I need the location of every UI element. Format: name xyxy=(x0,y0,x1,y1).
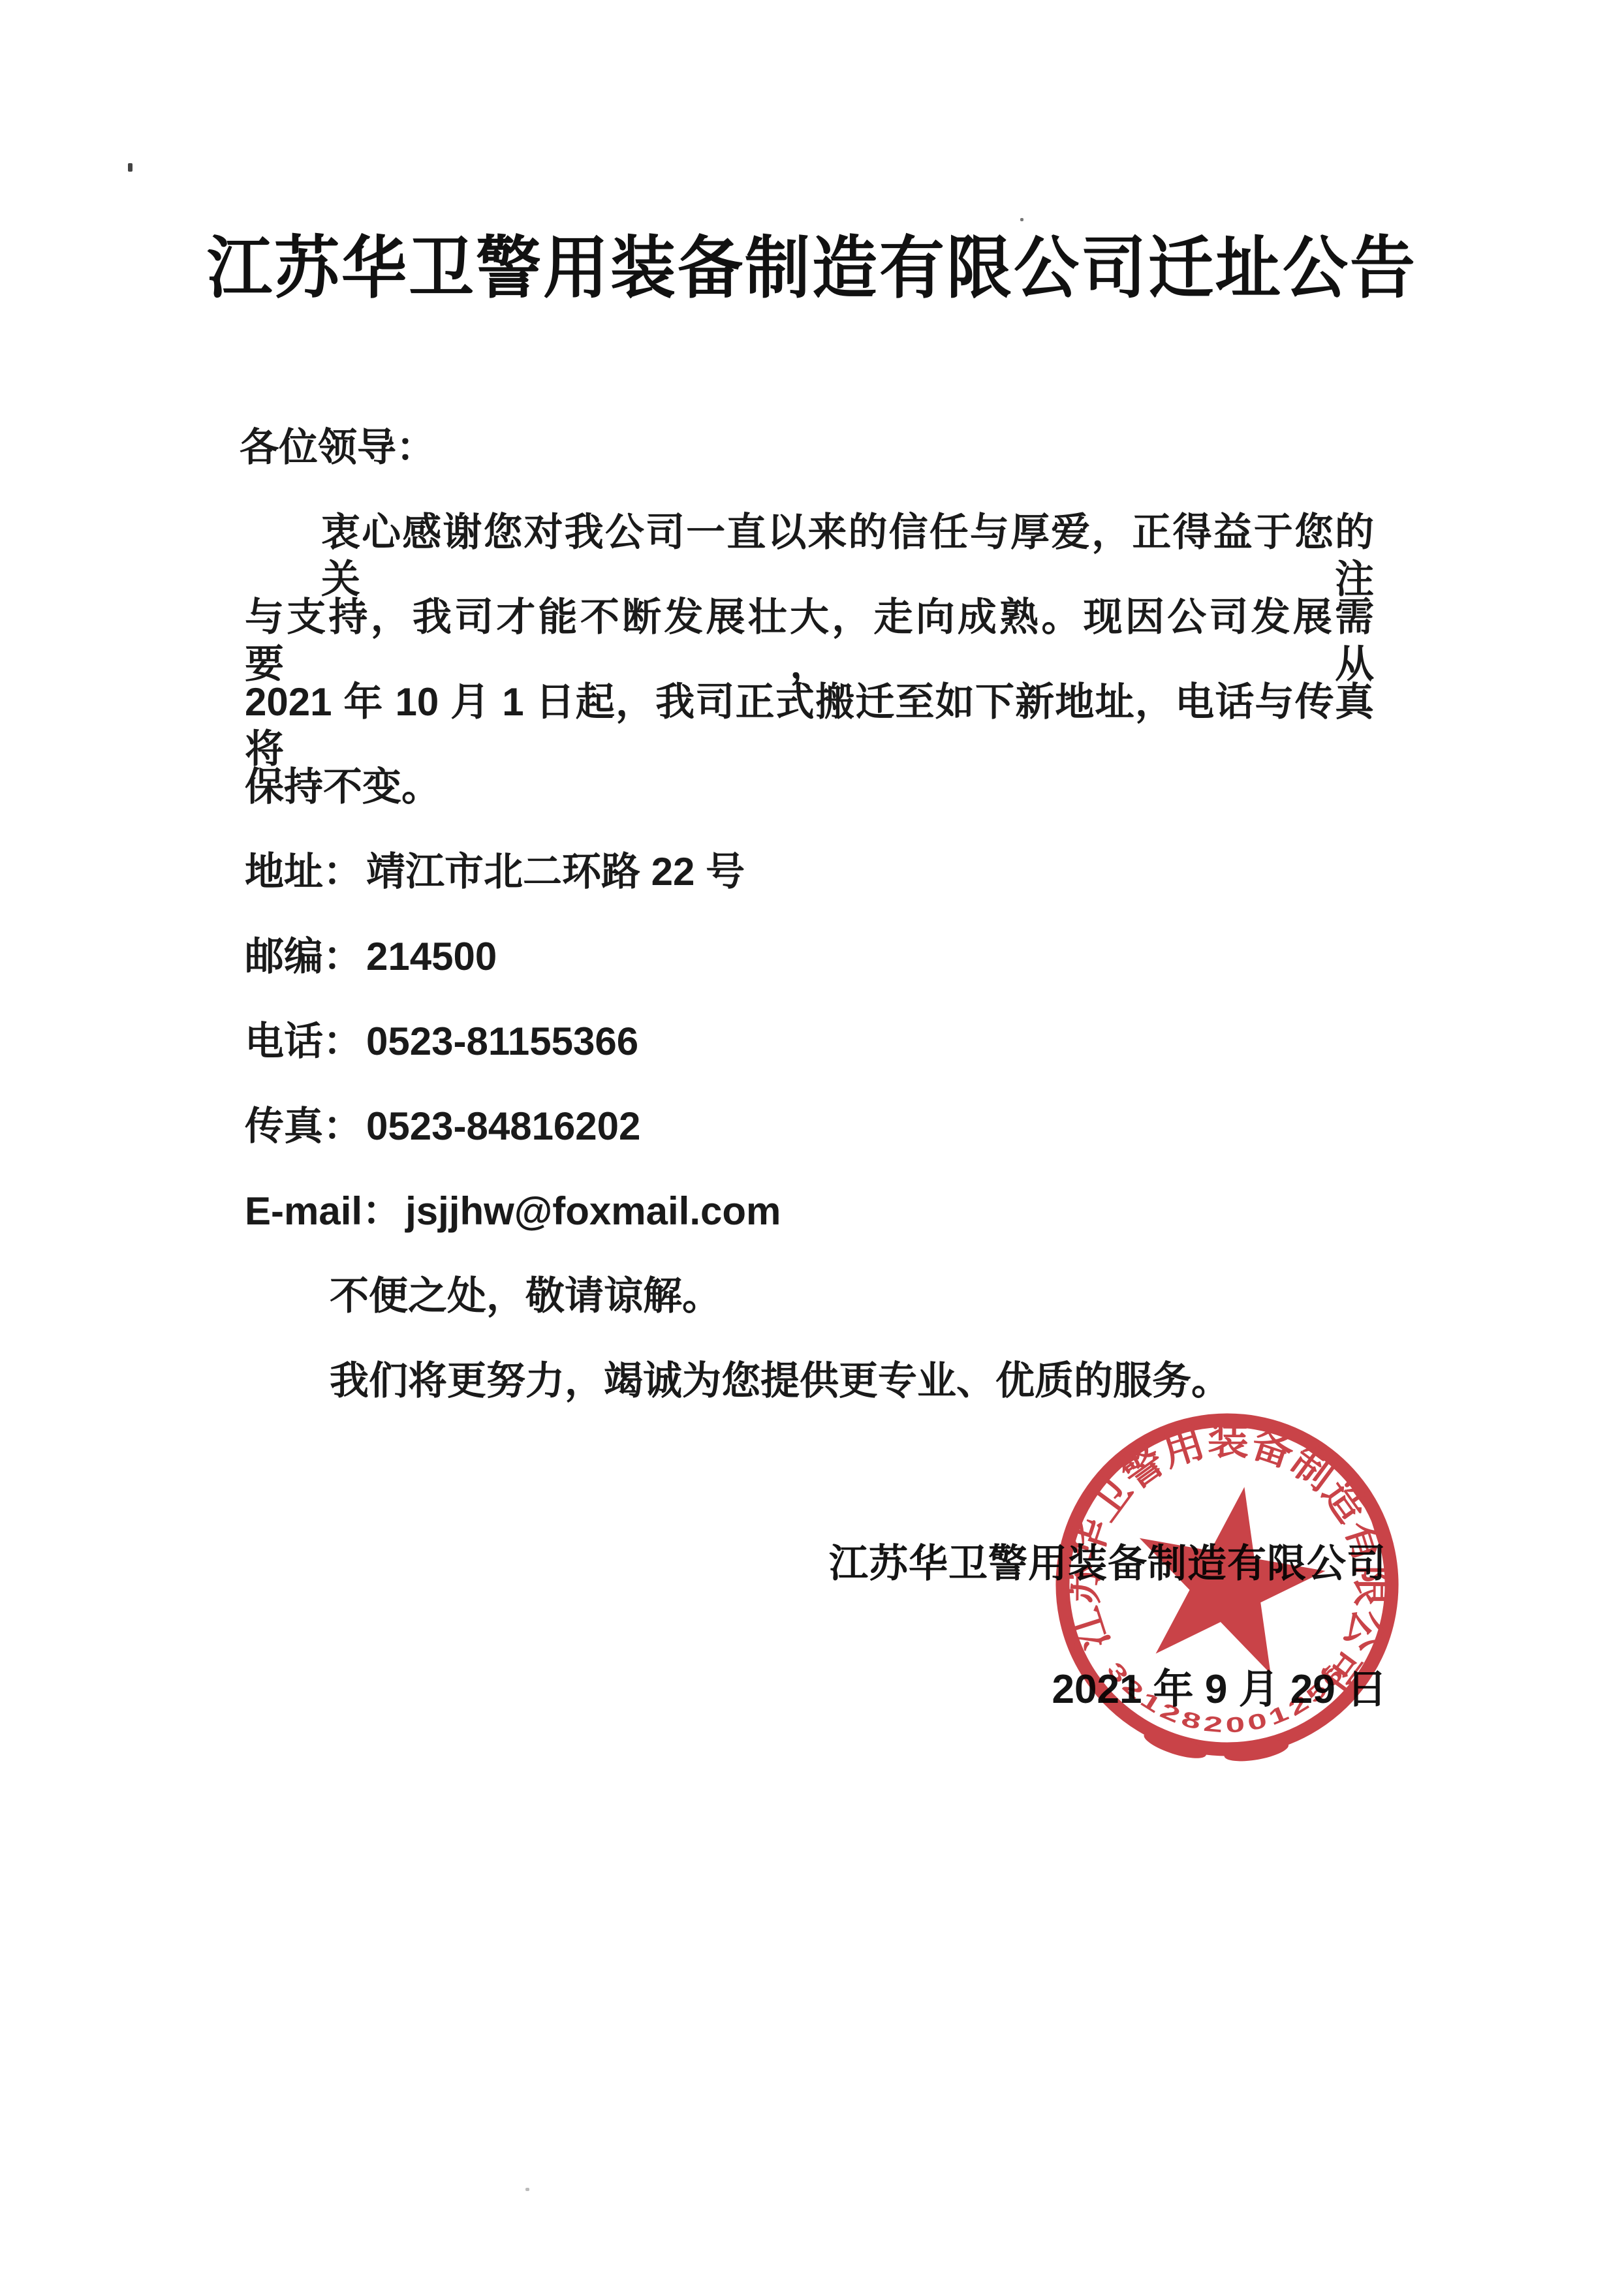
phone-value: 0523-81155366 xyxy=(366,1019,638,1063)
signature-company: 江苏华卫警用装备制造有限公司 xyxy=(829,1532,1386,1589)
email-value: jsjjhw@foxmail.com xyxy=(405,1189,781,1233)
address-label: 地址： xyxy=(245,850,362,894)
phone-label: 电话： xyxy=(245,1019,362,1063)
detail-zipcode: 邮编：214500 xyxy=(245,933,497,980)
scan-speck xyxy=(128,163,133,172)
fax-label: 传真： xyxy=(245,1104,362,1148)
salutation: 各位领导： xyxy=(240,424,435,471)
body-line-2: 与支持，我司才能不断发展壮大，走向成熟。现因公司发展需要，从 xyxy=(245,594,1374,688)
seal-bottom-mark-right xyxy=(1223,1736,1290,1766)
detail-phone: 电话：0523-81155366 xyxy=(245,1018,638,1065)
detail-fax: 传真：0523-84816202 xyxy=(245,1103,640,1150)
body-line-3: 2021 年 10 月 1 日起，我司正式搬迁至如下新地址，电话与传真将 xyxy=(245,679,1374,773)
signature-date: 2021 年 9 月 29 日 xyxy=(1052,1657,1388,1715)
closing-line-2: 我们将更努力，竭诚为您提供更专业、优质的服务。 xyxy=(330,1358,1230,1405)
zipcode-value: 214500 xyxy=(366,935,497,978)
zipcode-label: 邮编： xyxy=(245,935,362,978)
scan-speck xyxy=(525,2188,529,2191)
address-value: 靖江市北二环路 22 号 xyxy=(366,850,745,894)
scan-speck xyxy=(1020,218,1023,221)
body-line-4: 保持不变。 xyxy=(245,764,441,811)
letter-title: 江苏华卫警用装备制造有限公司迁址公告 xyxy=(0,213,1624,311)
detail-address: 地址：靖江市北二环路 22 号 xyxy=(245,848,745,895)
seal-bottom-mark-left xyxy=(1141,1726,1209,1764)
detail-email: E-mail：jsjjhw@foxmail.com xyxy=(245,1188,781,1235)
closing-line-1: 不便之处，敬请谅解。 xyxy=(330,1273,721,1320)
body-line-1: 衷心感谢您对我公司一直以来的信任与厚爱，正得益于您的关注 xyxy=(321,509,1374,603)
fax-value: 0523-84816202 xyxy=(366,1104,640,1148)
email-label: E-mail： xyxy=(245,1189,401,1233)
scanned-letter-page: { "letter": { "title": "江苏华卫警用装备制造有限公司迁址… xyxy=(0,0,1624,2287)
letter-page: 江苏华卫警用装备制造有限公司迁址公告 各位领导： 衷心感谢您对我公司一直以来的信… xyxy=(0,0,1624,2287)
